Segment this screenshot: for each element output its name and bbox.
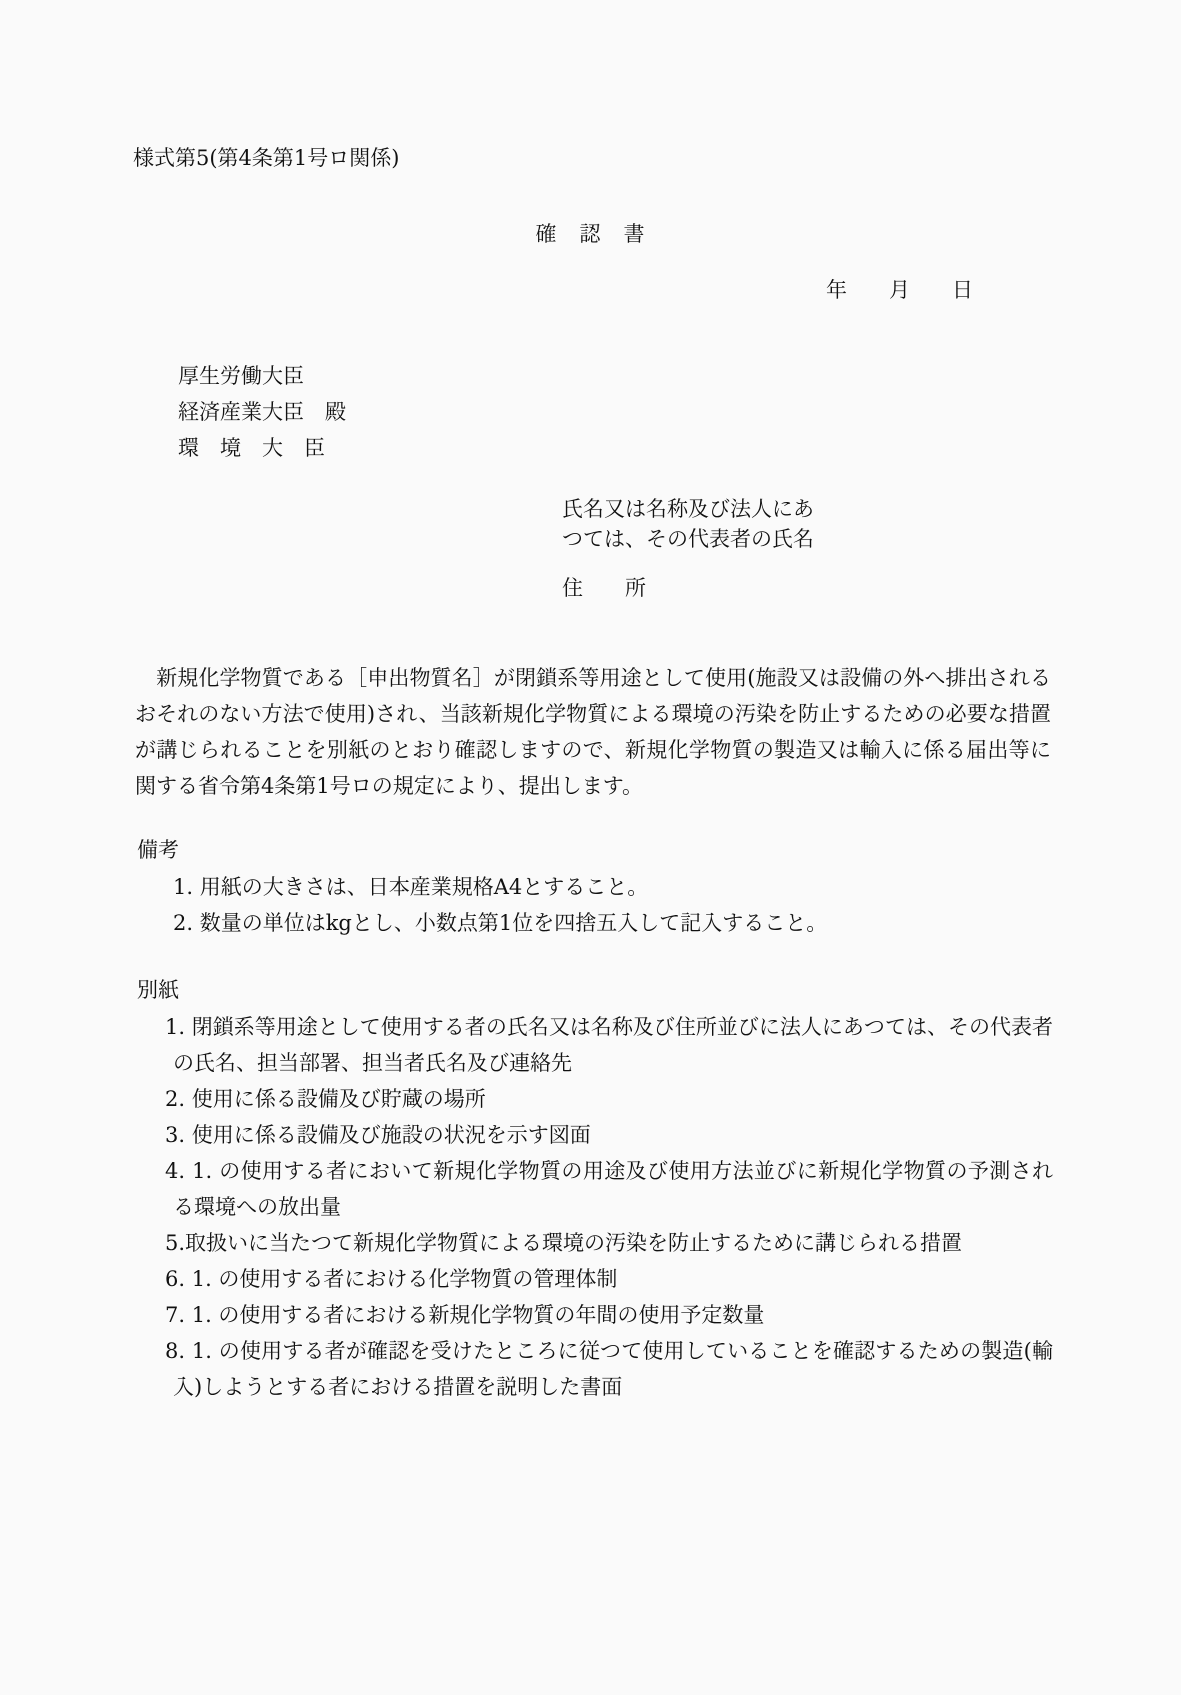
address-label: 住 所 bbox=[562, 572, 646, 602]
document-page: 様式第5(第4条第1号ロ関係) 確 認 書 年 月 日 厚生労働大臣 経済産業大… bbox=[0, 0, 1181, 1695]
attachment-item: 8. 1. の使用する者が確認を受けたところに従つて使用していることを確認するた… bbox=[165, 1333, 1053, 1405]
remarks-heading: 備考 bbox=[137, 834, 179, 864]
attachment-item: 2. 使用に係る設備及び貯蔵の場所 bbox=[165, 1081, 1053, 1117]
applicant-name-line1: 氏名又は名称及び法人にあ bbox=[562, 494, 814, 524]
attachment-list: 1. 閉鎖系等用途として使用する者の氏名又は名称及び住所並びに法人にあつては、そ… bbox=[165, 1009, 1053, 1405]
page-title: 確 認 書 bbox=[0, 218, 1181, 248]
attachment-item: 4. 1. の使用する者において新規化学物質の用途及び使用方法並びに新規化学物質… bbox=[165, 1153, 1053, 1225]
body-paragraph: 新規化学物質である［申出物質名］が閉鎖系等用途として使用(施設又は設備の外へ排出… bbox=[135, 660, 1051, 804]
attachment-item: 3. 使用に係る設備及び施設の状況を示す図面 bbox=[165, 1117, 1053, 1153]
attachment-item: 5.取扱いに当たつて新規化学物質による環境の汚染を防止するために講じられる措置 bbox=[165, 1225, 1053, 1261]
addressee-block: 厚生労働大臣 経済産業大臣 殿 環 境 大 臣 bbox=[178, 358, 346, 466]
remarks-item: 2. 数量の単位はkgとし、小数点第1位を四捨五入して記入すること。 bbox=[173, 905, 827, 941]
addressee-meti: 経済産業大臣 殿 bbox=[178, 394, 346, 430]
attachment-item: 7. 1. の使用する者における新規化学物質の年間の使用予定数量 bbox=[165, 1297, 1053, 1333]
addressee-mhlw: 厚生労働大臣 bbox=[178, 358, 346, 394]
remarks-list: 1. 用紙の大きさは、日本産業規格A4とすること。 2. 数量の単位はkgとし、… bbox=[173, 869, 827, 941]
addressee-moe: 環 境 大 臣 bbox=[178, 430, 346, 466]
attachment-heading: 別紙 bbox=[137, 974, 179, 1004]
attachment-item: 6. 1. の使用する者における化学物質の管理体制 bbox=[165, 1261, 1053, 1297]
applicant-name-line2: つては、その代表者の氏名 bbox=[562, 524, 814, 554]
date-line: 年 月 日 bbox=[826, 274, 973, 304]
applicant-name-block: 氏名又は名称及び法人にあ つては、その代表者の氏名 bbox=[562, 494, 814, 554]
form-number: 様式第5(第4条第1号ロ関係) bbox=[133, 142, 399, 172]
remarks-item: 1. 用紙の大きさは、日本産業規格A4とすること。 bbox=[173, 869, 827, 905]
attachment-item: 1. 閉鎖系等用途として使用する者の氏名又は名称及び住所並びに法人にあつては、そ… bbox=[165, 1009, 1053, 1081]
